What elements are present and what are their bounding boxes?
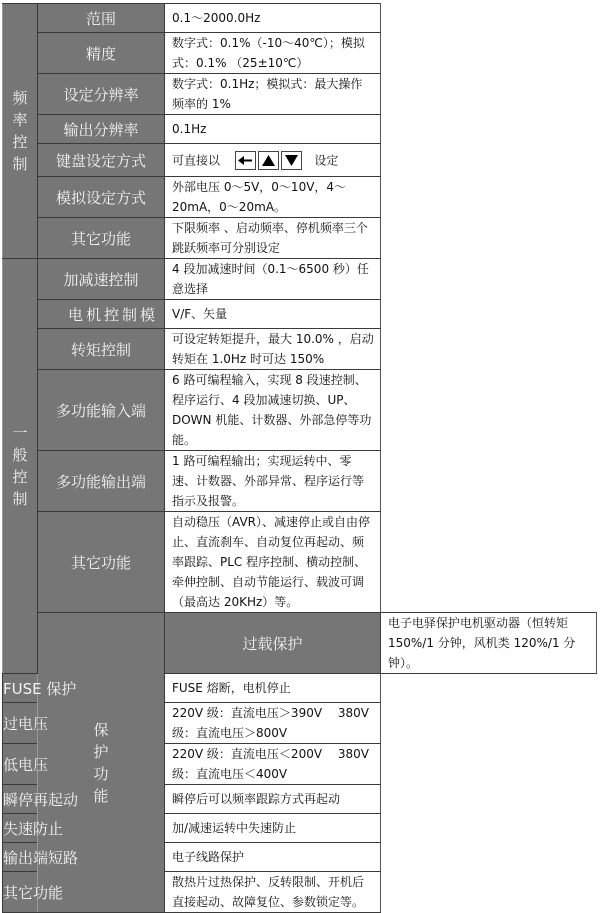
table-row: 转矩控制 可设定转矩提升，最大 10.0% ，启动转矩在 1.0Hz 时可达 1… xyxy=(3,329,597,370)
up-arrow-key-icon xyxy=(258,151,279,170)
table-row: 键盘设定方式 可直接以 设定 xyxy=(3,144,597,177)
row-label: 加减速控制 xyxy=(38,259,165,300)
row-value: 下限频率 、启动频率、停机频率三个跳跃频率可分别设定 xyxy=(165,218,381,259)
row-value: 自动稳压（AVR）、减速停止或自由停止、直流刹车、自动复位再起动、频率跟踪、PL… xyxy=(165,512,381,613)
row-label: 范围 xyxy=(38,4,165,33)
row-label: 电机控制模 xyxy=(38,300,165,329)
row-value: 4 段加减速时间（0.1～6500 秒）任意选择 xyxy=(165,259,381,300)
group-title: 频率控制 xyxy=(12,87,28,175)
table-row: 电机控制模 V/F、矢量 xyxy=(3,300,597,329)
table-row: 输出分辨率 0.1Hz xyxy=(3,115,597,144)
table-row: 精度 数字式：0.1%（-10～40℃）；模拟式：0.1% （25±10℃） xyxy=(3,33,597,74)
table-row: 其它功能 自动稳压（AVR）、减速停止或自由停止、直流刹车、自动复位再起动、频率… xyxy=(3,512,597,613)
row-value: FUSE 熔断，电机停止 xyxy=(165,674,381,696)
table-row: 多功能输出端 1 路可编程输出；实现运转中、零速、计数器、外部异常、程序运行等指… xyxy=(3,451,597,512)
row-label: 精度 xyxy=(38,33,165,74)
row-label: 过载保护 xyxy=(165,613,381,674)
table-row: 多功能输入端 6 路可编程输入，实现 8 段速控制、程序运行、4 段加减速切换、… xyxy=(3,370,597,451)
keypad-prefix-text: 可直接以 xyxy=(172,153,220,167)
row-value: 0.1Hz xyxy=(165,115,381,144)
row-value: 电子电驿保护电机驱动器（恒转矩 150%/1 分钟，风机类 120%/1 分钟）… xyxy=(381,613,597,674)
table-row: 模拟设定方式 外部电压 0～5V，0～10V，4～20mA，0～20mA。 xyxy=(3,177,597,218)
row-label: 其它功能 xyxy=(38,512,165,613)
group-header-frequency-control: 频率控制 xyxy=(3,4,38,259)
table-row: 其它功能 下限频率 、启动频率、停机频率三个跳跃频率可分别设定 xyxy=(3,218,597,259)
keypad-suffix-text: 设定 xyxy=(314,153,338,167)
row-value: 可设定转矩提升，最大 10.0% ，启动转矩在 1.0Hz 时可达 150% xyxy=(165,329,381,370)
group-title: 一般控制 xyxy=(12,422,28,510)
row-label: 模拟设定方式 xyxy=(38,177,165,218)
row-value: 0.1～2000.0Hz xyxy=(165,4,381,33)
row-label: 多功能输出端 xyxy=(38,451,165,512)
down-arrow-key-icon xyxy=(281,151,302,170)
row-value: 1 路可编程输出；实现运转中、零速、计数器、外部异常、程序运行等指示及报警。 xyxy=(165,451,381,512)
row-label: 键盘设定方式 xyxy=(38,144,165,177)
row-label: 多功能输入端 xyxy=(38,370,165,451)
row-label: 设定分辨率 xyxy=(38,74,165,115)
table-row: 频率控制 范围 0.1～2000.0Hz xyxy=(3,4,597,33)
table-row: 设定分辨率 数字式：0.1Hz；模拟式：最大操作频率的 1% xyxy=(3,74,597,115)
table-row: 一般控制 加减速控制 4 段加减速时间（0.1～6500 秒）任意选择 xyxy=(3,259,597,300)
spec-table: 频率控制 范围 0.1～2000.0Hz 精度 数字式：0.1%（-10～40℃… xyxy=(2,3,597,695)
table-row: 保护功能 过载保护 电子电驿保护电机驱动器（恒转矩 150%/1 分钟，风机类 … xyxy=(3,613,597,674)
row-value: 外部电压 0～5V，0～10V，4～20mA，0～20mA。 xyxy=(165,177,381,218)
row-value: 6 路可编程输入，实现 8 段速控制、程序运行、4 段加减速切换、UP、DOWN… xyxy=(165,370,381,451)
row-value-keypad: 可直接以 设定 xyxy=(165,144,381,177)
row-label: 输出分辨率 xyxy=(38,115,165,144)
row-value: 数字式：0.1Hz；模拟式：最大操作频率的 1% xyxy=(165,74,381,115)
row-value: V/F、矢量 xyxy=(165,300,381,329)
row-value: 数字式：0.1%（-10～40℃）；模拟式：0.1% （25±10℃） xyxy=(165,33,381,74)
left-arrow-key-icon xyxy=(235,151,256,170)
group-header-general-control: 一般控制 xyxy=(3,259,38,674)
spec-table-body: 频率控制 范围 0.1～2000.0Hz 精度 数字式：0.1%（-10～40℃… xyxy=(3,4,597,696)
row-label: FUSE 保护 xyxy=(3,674,38,696)
row-label: 其它功能 xyxy=(38,218,165,259)
row-label: 转矩控制 xyxy=(38,329,165,370)
